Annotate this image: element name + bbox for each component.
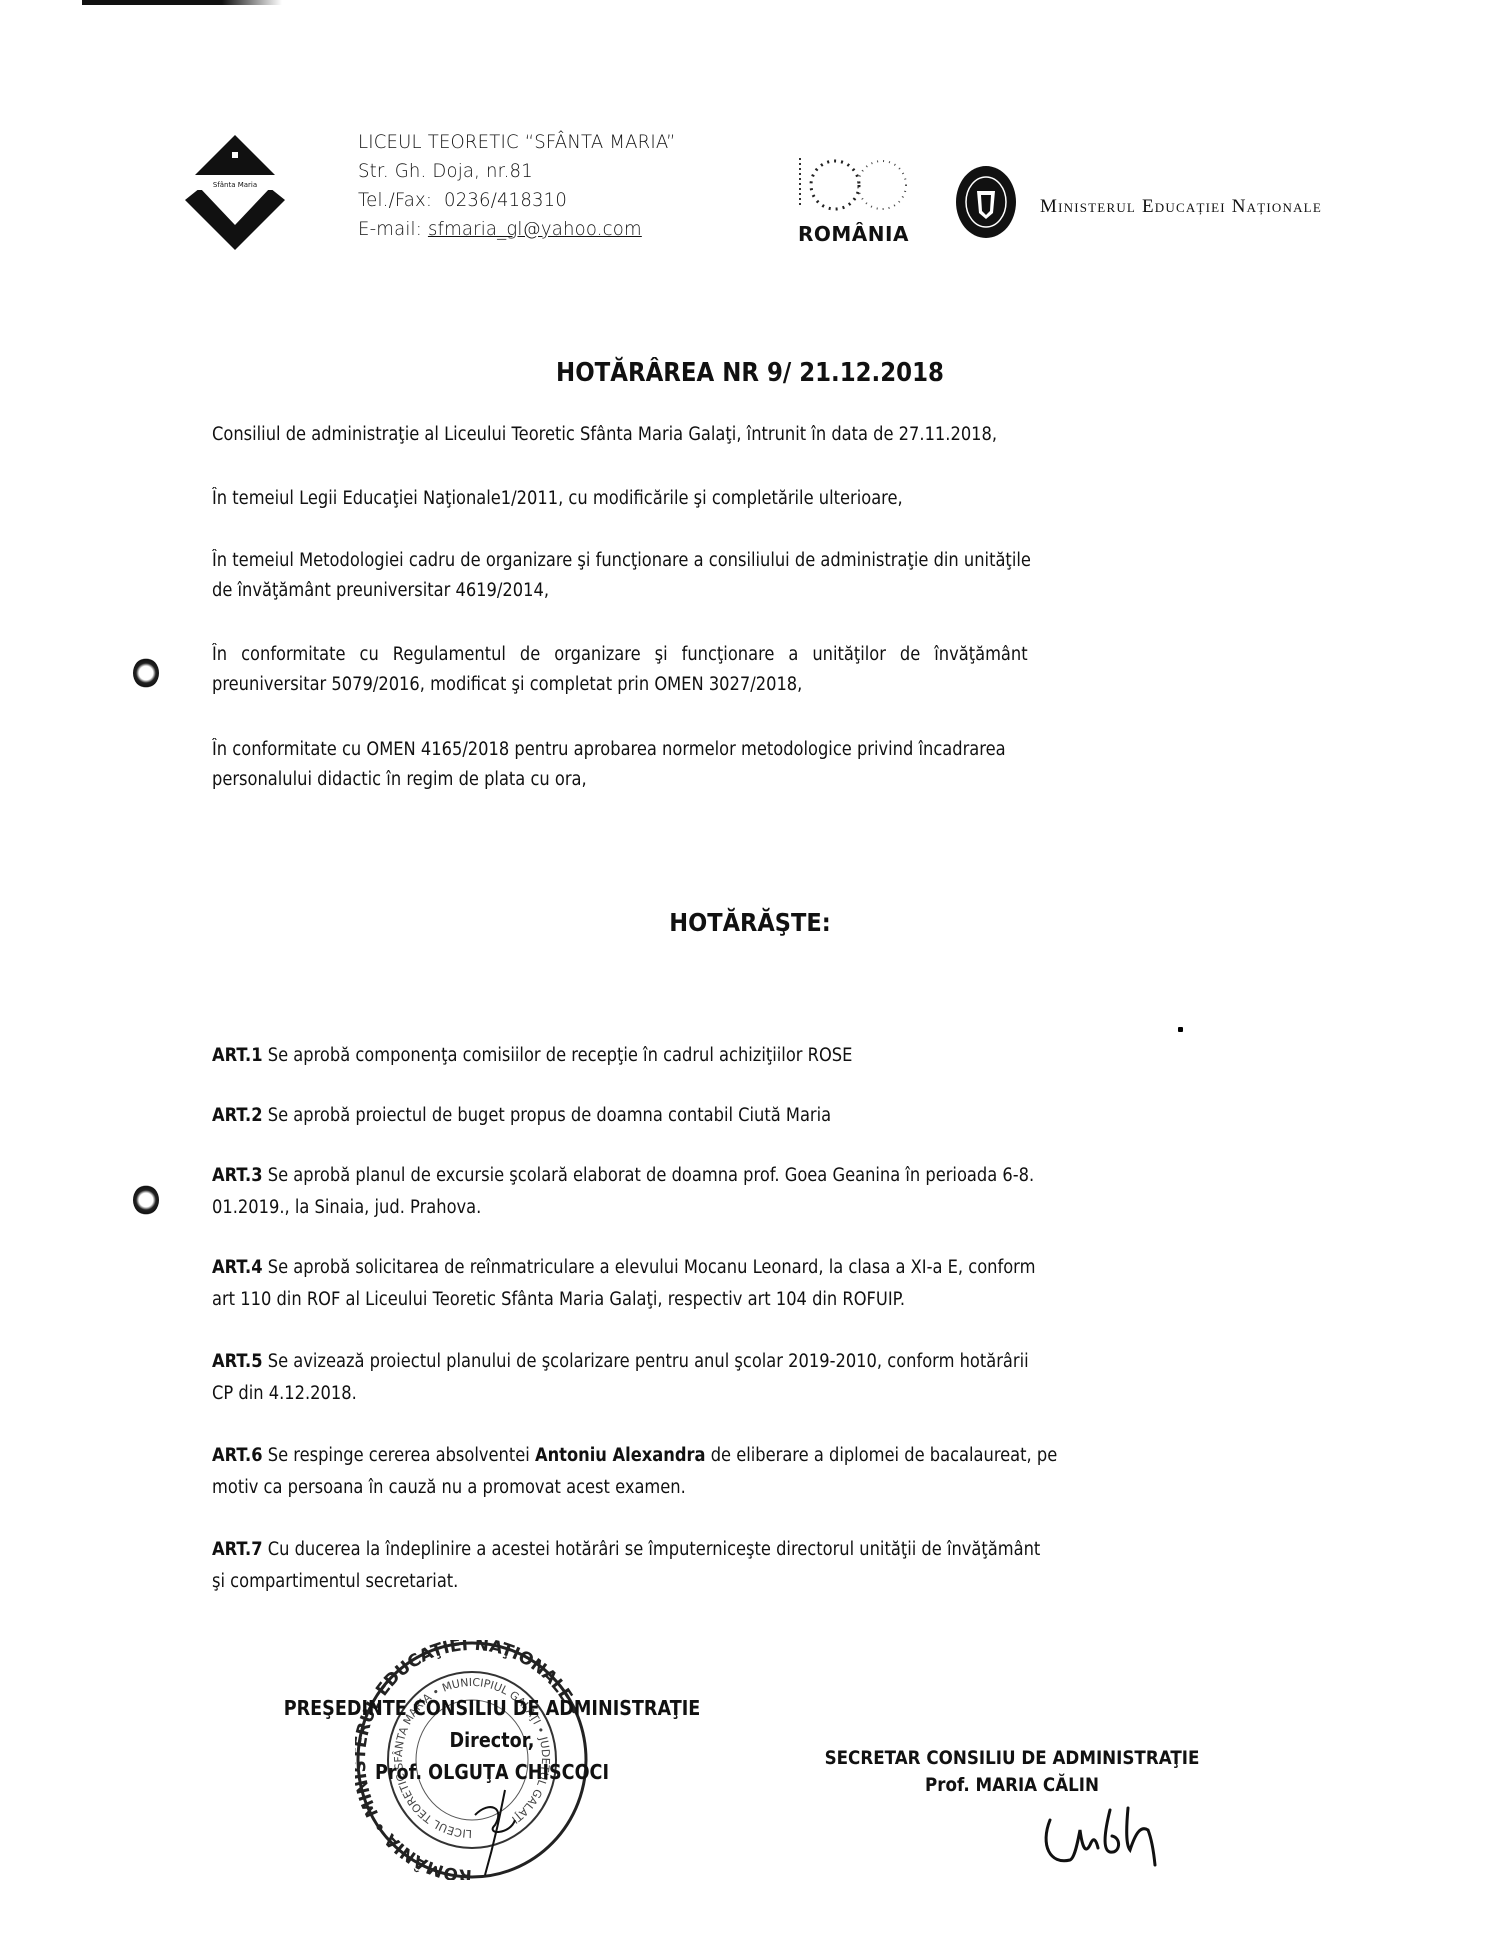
punch-hole-top	[133, 658, 159, 688]
romania-logo-text: ROMÂNIA	[798, 222, 909, 246]
preamble-paragraph-2: În temeiul Legii Educaţiei Naţionale1/20…	[212, 484, 1252, 514]
article-2: ART.2 Se aprobă proiectul de buget propu…	[212, 1100, 1252, 1132]
punch-hole-bottom	[133, 1185, 159, 1215]
ministry-name: Ministerul Educației Naționale	[1040, 196, 1322, 218]
president-title: PREŞEDINTE CONSILIU DE ADMINISTRAŢIE	[263, 1692, 721, 1724]
secretary-name: Prof. MARIA CĂLIN	[810, 1772, 1215, 1799]
article-4: ART.4 Se aprobă solicitarea de reînmatri…	[212, 1252, 1252, 1316]
preamble-paragraph-3: În temeiul Metodologiei cadru de organiz…	[212, 546, 1252, 606]
secretary-title: SECRETAR CONSILIU DE ADMINISTRAŢIE	[810, 1745, 1215, 1772]
bold-name: Antoniu Alexandra	[535, 1445, 706, 1466]
president-role: Director,	[263, 1724, 721, 1756]
secretary-signature-block: SECRETAR CONSILIU DE ADMINISTRAŢIE Prof.…	[782, 1745, 1242, 1799]
president-name: Prof. OLGUŢA CHISCOCI	[263, 1756, 721, 1788]
svg-text:Sfânta Maria: Sfânta Maria	[213, 181, 257, 189]
scan-speck	[1178, 1027, 1183, 1032]
article-1: ART.1 Se aprobă componenţa comisiilor de…	[212, 1040, 1252, 1072]
letterhead: Sfânta Maria LICEUL TEORETIC “SFÂNTA MAR…	[0, 0, 1500, 280]
email-link[interactable]: sfmaria_gl@yahoo.com	[428, 218, 642, 240]
school-contact-block: LICEUL TEORETIC “SFÂNTA MARIA” Str. Gh. …	[358, 128, 692, 244]
school-phone: Tel./Fax: 0236/418310	[358, 186, 676, 215]
president-signature-block: PREŞEDINTE CONSILIU DE ADMINISTRAŢIE Dir…	[232, 1692, 752, 1788]
school-address: Str. Gh. Doja, nr.81	[358, 157, 676, 186]
article-3: ART.3 Se aprobă planul de excursie şcola…	[212, 1160, 1252, 1224]
preamble-paragraph-1: Consiliul de administraţie al Liceului T…	[212, 420, 1252, 450]
article-5: ART.5 Se avizează proiectul planului de …	[212, 1346, 1252, 1410]
school-name: LICEUL TEORETIC “SFÂNTA MARIA”	[358, 128, 676, 157]
article-7: ART.7 Cu ducerea la îndeplinire a aceste…	[212, 1534, 1252, 1598]
school-email: E-mail: sfmaria_gl@yahoo.com	[358, 215, 676, 244]
article-6: ART.6 Se respinge cererea absolventei An…	[212, 1440, 1252, 1504]
decision-heading: HOTĂRĂŞTE:	[75, 908, 1425, 937]
preamble-paragraph-5: În conformitate cu OMEN 4165/2018 pentru…	[212, 735, 1252, 795]
school-logo-icon: Sfânta Maria	[180, 130, 290, 255]
ministry-seal-icon	[955, 165, 1017, 239]
document-title: HOTĂRÂREA NR 9/ 21.12.2018	[90, 358, 1410, 388]
handwritten-signature-icon	[1040, 1800, 1180, 1870]
preamble-paragraph-4: În conformitate cu Regulamentul de organ…	[212, 640, 1252, 700]
